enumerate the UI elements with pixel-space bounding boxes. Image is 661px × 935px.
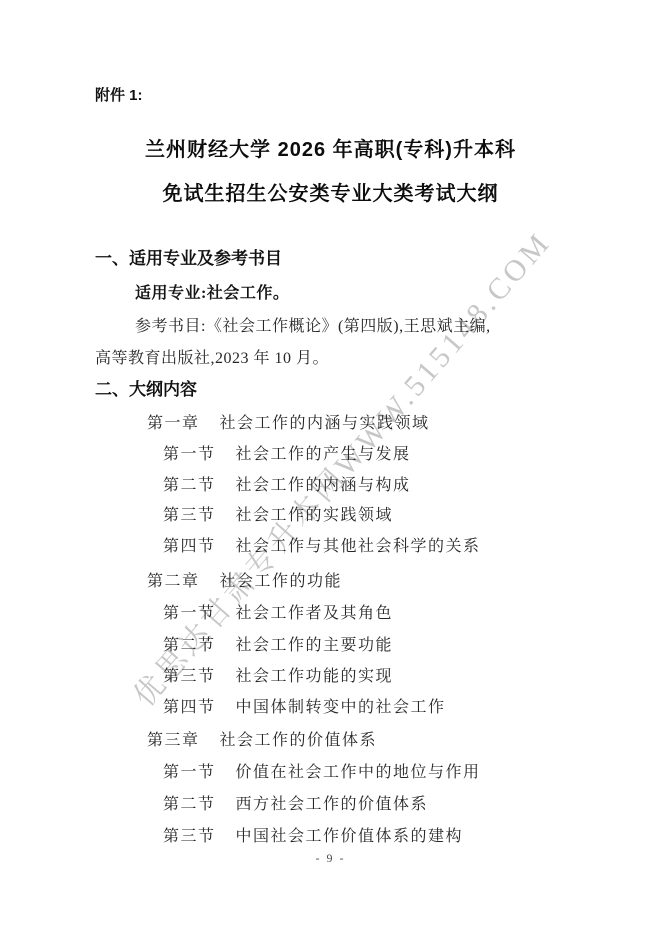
outline-chapter-1-label: 第一章	[147, 415, 200, 432]
attachment-label: 附件 1:	[95, 84, 143, 105]
outline-chapter-2: 第二章社会工作的功能	[147, 568, 342, 591]
outline-chapter-3-title: 社会工作的价值体系	[220, 732, 378, 749]
outline-ch3-sec3: 第三节中国社会工作价值体系的建构	[163, 823, 463, 846]
outline-ch3-sec1-label: 第一节	[163, 764, 216, 781]
outline-ch2-sec3-label: 第三节	[163, 668, 216, 685]
outline-ch1-sec3-label: 第三节	[163, 507, 216, 524]
outline-ch3-sec1: 第一节价值在社会工作中的地位与作用	[163, 759, 481, 782]
page-content: 附件 1: 兰州财经大学 2026 年高职(专科)升本科 免试生招生公安类专业大…	[0, 0, 661, 935]
outline-ch2-sec2-title: 社会工作的主要功能	[236, 637, 394, 654]
outline-ch1-sec1-title: 社会工作的产生与发展	[236, 446, 411, 463]
outline-ch3-sec3-title: 中国社会工作价值体系的建构	[236, 828, 464, 845]
outline-ch1-sec2: 第二节社会工作的内涵与构成	[163, 472, 411, 495]
outline-ch2-sec4-label: 第四节	[163, 699, 216, 716]
section1-heading: 一、适用专业及参考书目	[95, 244, 282, 269]
outline-chapter-2-label: 第二章	[147, 573, 200, 590]
outline-ch2-sec3: 第三节社会工作功能的实现	[163, 663, 393, 686]
outline-ch1-sec1: 第一节社会工作的产生与发展	[163, 441, 411, 464]
outline-ch3-sec2-label: 第二节	[163, 796, 216, 813]
outline-ch2-sec2-label: 第二节	[163, 637, 216, 654]
doc-title-line1: 兰州财经大学 2026 年高职(专科)升本科	[0, 133, 661, 162]
outline-chapter-3: 第三章社会工作的价值体系	[147, 727, 377, 750]
outline-ch1-sec4: 第四节社会工作与其他社会科学的关系	[163, 533, 481, 556]
page-number: - 9 -	[0, 851, 661, 866]
outline-ch2-sec4-title: 中国体制转变中的社会工作	[236, 699, 446, 716]
outline-ch1-sec2-label: 第二节	[163, 477, 216, 494]
outline-ch3-sec3-label: 第三节	[163, 828, 216, 845]
outline-ch2-sec1-title: 社会工作者及其角色	[236, 605, 394, 622]
outline-ch1-sec3-title: 社会工作的实践领域	[236, 507, 394, 524]
outline-ch2-sec1: 第一节社会工作者及其角色	[163, 600, 393, 623]
outline-ch1-sec4-title: 社会工作与其他社会科学的关系	[236, 538, 481, 555]
outline-ch3-sec2: 第二节西方社会工作的价值体系	[163, 791, 428, 814]
outline-ch1-sec1-label: 第一节	[163, 446, 216, 463]
outline-ch1-sec3: 第三节社会工作的实践领域	[163, 502, 393, 525]
doc-title-line2: 免试生招生公安类专业大类考试大纲	[0, 177, 661, 206]
section2-heading: 二、大纲内容	[95, 375, 197, 400]
outline-ch2-sec2: 第二节社会工作的主要功能	[163, 632, 393, 655]
outline-chapter-1-title: 社会工作的内涵与实践领域	[220, 415, 430, 432]
outline-ch2-sec3-title: 社会工作功能的实现	[236, 668, 394, 685]
outline-ch3-sec2-title: 西方社会工作的价值体系	[236, 796, 429, 813]
outline-ch1-sec2-title: 社会工作的内涵与构成	[236, 477, 411, 494]
document-page: 优思达甘肃专升本网WWW.515148.COM 附件 1: 兰州财经大学 202…	[0, 0, 661, 935]
applicable-major-line: 适用专业:社会工作。	[135, 280, 289, 303]
outline-ch3-sec1-title: 价值在社会工作中的地位与作用	[236, 764, 481, 781]
outline-ch2-sec4: 第四节中国体制转变中的社会工作	[163, 694, 446, 717]
reference-books-line2: 高等教育出版社,2023 年 10 月。	[95, 345, 329, 368]
outline-chapter-1: 第一章社会工作的内涵与实践领域	[147, 410, 430, 433]
reference-books-line1: 参考书目:《社会工作概论》(第四版),王思斌主编,	[135, 313, 491, 336]
outline-chapter-2-title: 社会工作的功能	[220, 573, 343, 590]
outline-ch2-sec1-label: 第一节	[163, 605, 216, 622]
outline-ch1-sec4-label: 第四节	[163, 538, 216, 555]
outline-chapter-3-label: 第三章	[147, 732, 200, 749]
